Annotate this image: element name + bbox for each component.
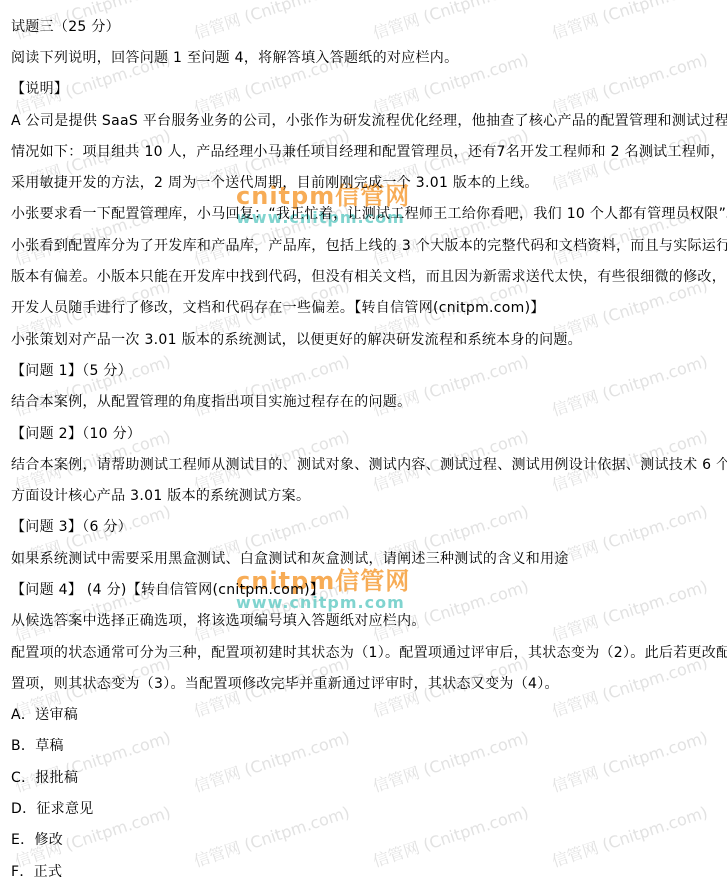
exam-document-page: 信管网 (Cnitpm.com)信管网 (Cnitpm.com)信管网 (Cni… — [0, 0, 727, 880]
text-line: 小张策划对产品一次 3.01 版本的系统测试，以便更好的解决研发流程和系统本身的… — [11, 323, 727, 354]
text-line: 开发人员随手进行了修改，文档和代码存在一些偏差。【转自信管网(cnitpm.co… — [11, 292, 727, 323]
text-line: 试题三（25 分） — [11, 10, 727, 41]
text-line: A 公司是提供 SaaS 平台服务业务的公司，小张作为研发流程优化经理，他抽查了… — [11, 104, 727, 135]
text-line: 结合本案例，从配置管理的角度指出项目实施过程存在的问题。 — [11, 386, 727, 417]
text-line: 配置项的状态通常可分为三种，配置项初建时其状态为（1）。配置项通过评审后，其状态… — [11, 636, 727, 667]
text-line: A．送审稿 — [11, 699, 727, 730]
text-line: F．正式 — [11, 855, 727, 880]
text-line: D．征求意见 — [11, 792, 727, 823]
text-line: 采用敏捷开发的方法，2 周为一个送代周期，目前刚刚完成一个 3.01 版本的上线… — [11, 166, 727, 197]
text-line: C．报批稿 — [11, 761, 727, 792]
text-line: 情况如下：项目组共 10 人，产品经理小马兼任项目经理和配置管理员，还有7名开发… — [11, 135, 727, 166]
text-line: 阅读下列说明，回答问题 1 至问题 4，将解答填入答题纸的对应栏内。 — [11, 41, 727, 72]
text-line: 【问题 2】（10 分） — [11, 417, 727, 448]
text-line: 如果系统测试中需要采用黑盒测试、白盒测试和灰盒测试，请阐述三种测试的含义和用途 — [11, 542, 727, 573]
document-content: 试题三（25 分）阅读下列说明，回答问题 1 至问题 4，将解答填入答题纸的对应… — [0, 0, 727, 880]
text-line: 版本有偏差。小版本只能在开发库中找到代码，但没有相关文档，而且因为新需求送代太快… — [11, 260, 727, 291]
text-line: 小张要求看一下配置管理库，小马回复：“我正忙着，让测试工程师王工给你看吧，我们 … — [11, 198, 727, 229]
text-line: 置项，则其状态变为（3）。当配置项修改完毕并重新通过评审时，其状态又变为（4）。 — [11, 667, 727, 698]
text-line: 【问题 3】（6 分） — [11, 511, 727, 542]
text-line: 【问题 4】 (4 分)【转自信管网(cnitpm.com)】 — [11, 573, 727, 604]
text-line: 方面设计核心产品 3.01 版本的系统测试方案。 — [11, 479, 727, 510]
text-line: 【问题 1】（5 分） — [11, 354, 727, 385]
text-line: E．修改 — [11, 824, 727, 855]
text-line: B．草稿 — [11, 730, 727, 761]
text-line: 小张看到配置库分为了开发库和产品库，产品库，包括上线的 3 个大版本的完整代码和… — [11, 229, 727, 260]
text-line: 结合本案例，请帮助测试工程师从测试目的、测试对象、测试内容、测试过程、测试用例设… — [11, 448, 727, 479]
text-line: 从候选答案中选择正确选项，将该选项编号填入答题纸对应栏内。 — [11, 605, 727, 636]
text-line: 【说明】 — [11, 73, 727, 104]
